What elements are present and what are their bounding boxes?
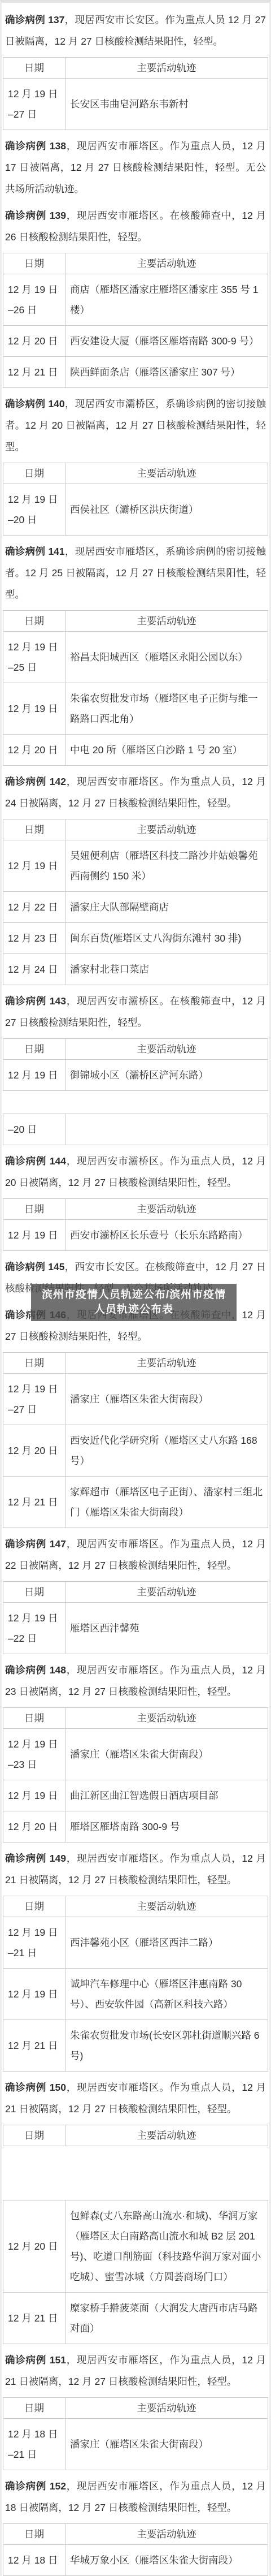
trajectory-table: –20 日 xyxy=(3,1114,268,1145)
column-header-date: 日期 xyxy=(3,611,65,632)
activity-cell: 西安近代化学研究所（雁塔区丈八东路 168 号） xyxy=(65,1425,268,1477)
column-header-activity: 主要活动轨迹 xyxy=(65,1708,268,1729)
activity-cell: 雁塔区雁塔南路 300-9 号 xyxy=(65,1811,268,1843)
date-cell: 12 月 20 日 xyxy=(3,326,65,357)
case-label: 确诊病例 151 xyxy=(5,2354,66,2366)
case-section: 确诊病例 141，现居西安市雁塔区，系确诊病例的密切接触者。12 月 25 日被… xyxy=(2,541,269,766)
trajectory-table: 日期主要活动轨迹12 月 18 日华城万象小区（雁塔区朱雀大街南段） xyxy=(3,2523,268,2576)
trajectory-row: 12 月 20 日中电 20 所（雁塔区白沙路 1 号 20 室） xyxy=(3,735,268,766)
case-label: 确诊病例 140 xyxy=(5,398,65,409)
table-slot: 日期主要活动轨迹12 月 18 日华城万象小区（雁塔区朱雀大街南段） xyxy=(2,2523,269,2576)
activity-cell: 糜家桥手擀菠菜面（大润发大唐西市店马路对面） xyxy=(65,2293,268,2344)
column-header-date: 日期 xyxy=(3,2524,65,2545)
date-cell: 12 月 19 日 xyxy=(3,683,65,735)
activity-cell: 家辉超市（雁塔区电子正街）、潘家村三组北门（雁塔区朱雀大街南段） xyxy=(65,1477,268,1528)
table-slot: 日期主要活动轨迹12 月 18 日 –21 日潘家庄（雁塔区朱雀大街南段） xyxy=(2,2397,269,2470)
column-header-activity: 主要活动轨迹 xyxy=(65,2398,268,2419)
case-description: 确诊病例 138，现居西安市雁塔区。作为重点人员，12 月 17 日被隔离，12… xyxy=(2,135,269,200)
column-header-activity: 主要活动轨迹 xyxy=(65,1582,268,1603)
column-header-activity: 主要活动轨迹 xyxy=(65,1039,268,1060)
column-header-date: 日期 xyxy=(3,819,65,840)
activity-cell: 陕西鲜面条店（雁塔区潘家庄 307 号） xyxy=(65,357,268,388)
trajectory-table: 日期主要活动轨迹 xyxy=(3,2125,268,2146)
activity-cell: 西安市灞桥区长乐壹号（长乐东路路南） xyxy=(65,1220,268,1251)
date-cell: 12 月 19 日 xyxy=(3,1060,65,1091)
activity-cell: 曲江新区曲江智选假日酒店项目部 xyxy=(65,1780,268,1811)
column-header-date: 日期 xyxy=(3,1039,65,1060)
column-header-activity: 主要活动轨迹 xyxy=(65,1199,268,1220)
column-header-activity: 主要活动轨迹 xyxy=(65,1896,268,1917)
trajectory-table: 日期主要活动轨迹12 月 19 日 –25 日裕昌太阳城西区（雁塔区永阳公园以东… xyxy=(3,610,268,766)
case-description: 确诊病例 152，现居西安市雁塔区，作为重点人员，12 月 18 日被隔离，12… xyxy=(2,2475,269,2518)
case-label: 确诊病例 143 xyxy=(5,995,66,1007)
trajectory-table: 日期主要活动轨迹12 月 19 日 –20 日西侯社区（灞桥区洪庆街道） xyxy=(3,463,268,536)
case-section: 确诊病例 139，现居西安市雁塔区。在核酸筛查中，12 月 26 日核酸检测结果… xyxy=(2,205,269,388)
trajectory-header-row: 日期主要活动轨迹 xyxy=(3,1582,268,1603)
case-label: 确诊病例 150 xyxy=(5,2082,66,2093)
date-cell: 12 月 19 日 –27 日 xyxy=(3,1374,65,1425)
trajectory-header-row: 日期主要活动轨迹 xyxy=(3,2398,268,2419)
case-description: 确诊病例 150，现居西安市雁塔区。作为重点人员，12 月 21 日被隔离，12… xyxy=(2,2077,269,2120)
activity-cell: 诚坤汽车修理中心（雁塔区沣惠南路 30 号）、西安软件园（高新区科技六路） xyxy=(65,1969,268,2020)
trajectory-header-row: 日期主要活动轨迹 xyxy=(3,819,268,840)
trajectory-table: 12 月 20 日包鲜森(丈八东路高山流水·和城)、华润万家（雁塔区太白南路高山… xyxy=(3,2200,268,2344)
table-slot: 日期主要活动轨迹12 月 19 日御锦城小区（灞桥区浐河东路）–20 日 xyxy=(2,1038,269,1145)
trajectory-row: 12 月 19 日 –25 日裕昌太阳城西区（雁塔区永阳公园以东） xyxy=(3,632,268,683)
case-label: 确诊病例 142 xyxy=(5,776,66,787)
date-cell: 12 月 18 日 –21 日 xyxy=(3,2419,65,2470)
trajectory-row: 12 月 21 日糜家桥手擀菠菜面（大润发大唐西市店马路对面） xyxy=(3,2293,268,2344)
trajectory-row: 12 月 22 日潘家庄大队部隔壁商店 xyxy=(3,892,268,923)
case-label: 确诊病例 138 xyxy=(5,140,66,152)
trajectory-row: 12 月 19 日 –22 日雁塔区西沣馨苑 xyxy=(3,1603,268,1654)
watermark-overlay: 滨州市疫情人员轨迹公布/滨州市疫情人员轨迹公布表 xyxy=(31,1284,237,1321)
case-description: 确诊病例 147，现居西安市雁塔区。作为重点人员，12 月 22 日被隔离，12… xyxy=(2,1533,269,1576)
trajectory-table: 日期主要活动轨迹12 月 19 日西安市灞桥区长乐壹号（长乐东路路南） xyxy=(3,1198,268,1251)
trajectory-row: 12 月 20 日包鲜森(丈八东路高山流水·和城)、华润万家（雁塔区太白南路高山… xyxy=(3,2200,268,2293)
activity-cell: 包鲜森(丈八东路高山流水·和城)、华润万家（雁塔区太白南路高山流水和城 B2 层… xyxy=(65,2200,268,2293)
case-description: 确诊病例 143，现居西安市灞桥区。在核酸筛查中，12 月 27 日核酸检测结果… xyxy=(2,990,269,1033)
date-cell: 12 月 19 日 xyxy=(3,1780,65,1811)
date-cell: 12 月 24 日 xyxy=(3,954,65,985)
date-cell: 12 月 19 日 xyxy=(3,840,65,892)
case-description: 确诊病例 142，现居西安市雁塔区。作为重点人员，12 月 24 日被隔离，12… xyxy=(2,771,269,814)
case-section: 确诊病例 152，现居西安市雁塔区，作为重点人员，12 月 18 日被隔离，12… xyxy=(2,2475,269,2576)
trajectory-table: 日期主要活动轨迹12 月 19 日 –22 日雁塔区西沣馨苑 xyxy=(3,1581,268,1654)
activity-cell: 潘家庄大队部隔壁商店 xyxy=(65,892,268,923)
date-cell: 12 月 18 日 xyxy=(3,2545,65,2576)
trajectory-row: 12 月 19 日诚坤汽车修理中心（雁塔区沣惠南路 30 号）、西安软件园（高新… xyxy=(3,1969,268,2020)
trajectory-table: 日期主要活动轨迹12 月 19 日 –23 日潘家庄（雁塔区朱雀大街南段）12 … xyxy=(3,1707,268,1843)
trajectory-row: 12 月 21 日朱雀农贸批发市场(长安区郭杜街道顺兴路 6 号) xyxy=(3,2020,268,2072)
activity-cell: 裕昌太阳城西区（雁塔区永阳公园以东） xyxy=(65,632,268,683)
activity-cell: 朱雀农贸批发市场（雁塔区电子正街与维一路路口西北角） xyxy=(65,683,268,735)
case-section: 确诊病例 148，现居西安市雁塔区。作为重点人员，12 月 23 日被隔离，12… xyxy=(2,1659,269,1843)
activity-cell: 西沣馨苑小区（雁塔区西沣二路） xyxy=(65,1917,268,1969)
case-section: 确诊病例 140，现居西安市灞桥区，系确诊病例的密切接触者。12 月 20 日被… xyxy=(2,393,269,536)
case-section: 确诊病例 150，现居西安市雁塔区。作为重点人员，12 月 21 日被隔离，12… xyxy=(2,2077,269,2344)
date-cell: 12 月 20 日 xyxy=(3,1425,65,1477)
date-cell: 12 月 20 日 xyxy=(3,735,65,766)
activity-cell xyxy=(65,1114,268,1145)
trajectory-header-row: 日期主要活动轨迹 xyxy=(3,1199,268,1220)
column-header-activity: 主要活动轨迹 xyxy=(65,2125,268,2146)
activity-cell: 长安区韦曲皂河路东韦新村 xyxy=(65,79,268,130)
date-cell: –20 日 xyxy=(3,1114,65,1145)
trajectory-row: 12 月 19 日 –27 日长安区韦曲皂河路东韦新村 xyxy=(3,79,268,130)
column-header-date: 日期 xyxy=(3,58,65,79)
trajectory-header-row: 日期主要活动轨迹 xyxy=(3,1896,268,1917)
column-header-date: 日期 xyxy=(3,1896,65,1917)
trajectory-row: 12 月 19 日 –23 日潘家庄（雁塔区朱雀大街南段） xyxy=(3,1729,268,1780)
activity-cell: 华城万象小区（雁塔区朱雀大街南段） xyxy=(65,2545,268,2576)
trajectory-table: 日期主要活动轨迹12 月 19 日 –26 日商店（雁塔区潘家庄雁塔区潘家庄 3… xyxy=(3,253,268,388)
activity-cell: 西安建设大厦（雁塔区雁塔南路 300-9 号） xyxy=(65,326,268,357)
trajectory-row: 12 月 19 日 –26 日商店（雁塔区潘家庄雁塔区潘家庄 355 号 1 楼… xyxy=(3,274,268,326)
activity-cell: 朱雀农贸批发市场(长安区郭杜街道顺兴路 6 号) xyxy=(65,2020,268,2072)
table-slot: 日期主要活动轨迹12 月 19 日西安市灞桥区长乐壹号（长乐东路路南） xyxy=(2,1198,269,1251)
activity-cell: 潘家庄（雁塔区朱雀大街南段） xyxy=(65,1374,268,1425)
trajectory-row: 12 月 19 日 –21 日西沣馨苑小区（雁塔区西沣二路） xyxy=(3,1917,268,1969)
case-section: 确诊病例 137，现居西安市长安区。作为重点人员 12 月 27 日被隔离，12… xyxy=(2,9,269,130)
column-header-date: 日期 xyxy=(3,1708,65,1729)
document-page: 确诊病例 137，现居西安市长安区。作为重点人员 12 月 27 日被隔离，12… xyxy=(0,0,271,2576)
trajectory-row: 12 月 21 日家辉超市（雁塔区电子正街）、潘家村三组北门（雁塔区朱雀大街南段… xyxy=(3,1477,268,1528)
column-header-date: 日期 xyxy=(3,463,65,484)
case-description: 确诊病例 148，现居西安市雁塔区。作为重点人员，12 月 23 日被隔离，12… xyxy=(2,1659,269,1702)
date-cell: 12 月 19 日 xyxy=(3,1220,65,1251)
case-description: 确诊病例 137，现居西安市长安区。作为重点人员 12 月 27 日被隔离，12… xyxy=(2,9,269,52)
column-header-date: 日期 xyxy=(3,1582,65,1603)
activity-cell: 潘家庄（雁塔区朱雀大街南段） xyxy=(65,2419,268,2470)
column-header-date: 日期 xyxy=(3,2125,65,2146)
date-cell: 12 月 19 日 –20 日 xyxy=(3,484,65,536)
trajectory-header-row: 日期主要活动轨迹 xyxy=(3,2125,268,2146)
trajectory-row: 12 月 20 日西安建设大厦（雁塔区雁塔南路 300-9 号） xyxy=(3,326,268,357)
table-slot: 日期主要活动轨迹12 月 19 日 –26 日商店（雁塔区潘家庄雁塔区潘家庄 3… xyxy=(2,253,269,388)
column-header-activity: 主要活动轨迹 xyxy=(65,611,268,632)
trajectory-row: 12 月 24 日潘家村北巷口菜店 xyxy=(3,954,268,985)
case-label: 确诊病例 149 xyxy=(5,1853,66,1864)
column-header-activity: 主要活动轨迹 xyxy=(65,819,268,840)
case-section: 确诊病例 146，现居西安市雁塔区。在核酸筛查中，12 月 27 日核酸检测结果… xyxy=(2,1304,269,1528)
case-section: 确诊病例 151，现居西安市雁塔区，作为重点人员，12 月 21 日被隔离，12… xyxy=(2,2349,269,2470)
case-section: 确诊病例 143，现居西安市灞桥区。在核酸筛查中，12 月 27 日核酸检测结果… xyxy=(2,990,269,1145)
activity-cell: 御锦城小区（灞桥区浐河东路） xyxy=(65,1060,268,1091)
column-header-activity: 主要活动轨迹 xyxy=(65,253,268,274)
case-label: 确诊病例 144 xyxy=(5,1155,66,1167)
date-cell: 12 月 19 日 –27 日 xyxy=(3,79,65,130)
trajectory-header-row: 日期主要活动轨迹 xyxy=(3,1708,268,1729)
date-cell: 12 月 19 日 xyxy=(3,1969,65,2020)
page-break-gap xyxy=(3,1091,268,1114)
column-header-activity: 主要活动轨迹 xyxy=(65,463,268,484)
trajectory-row: 12 月 21 日陕西鲜面条店（雁塔区潘家庄 307 号） xyxy=(3,357,268,388)
table-slot: 日期主要活动轨迹12 月 19 日 –25 日裕昌太阳城西区（雁塔区永阳公园以东… xyxy=(2,610,269,766)
column-header-date: 日期 xyxy=(3,253,65,274)
trajectory-table: 日期主要活动轨迹12 月 19 日 –27 日长安区韦曲皂河路东韦新村 xyxy=(3,57,268,130)
date-cell: 12 月 20 日 xyxy=(3,2200,65,2293)
trajectory-row: 12 月 19 日曲江新区曲江智选假日酒店项目部 xyxy=(3,1780,268,1811)
trajectory-header-row: 日期主要活动轨迹 xyxy=(3,58,268,79)
column-header-date: 日期 xyxy=(3,2398,65,2419)
case-description: 确诊病例 149，现居西安市雁塔区。作为重点人员，12 月 21 日被隔离，12… xyxy=(2,1848,269,1891)
trajectory-row: 12 月 18 日 –21 日潘家庄（雁塔区朱雀大街南段） xyxy=(3,2419,268,2470)
table-slot: 日期主要活动轨迹12 月 19 日吴妞便利店（雁塔区科技二路沙井姑娘馨苑西南侧约… xyxy=(2,819,269,985)
activity-cell: 吴妞便利店（雁塔区科技二路沙井姑娘馨苑西南侧约 150 米） xyxy=(65,840,268,892)
trajectory-row: 12 月 19 日吴妞便利店（雁塔区科技二路沙井姑娘馨苑西南侧约 150 米） xyxy=(3,840,268,892)
column-header-activity: 主要活动轨迹 xyxy=(65,2524,268,2545)
table-slot: 日期主要活动轨迹12 月 19 日 –21 日西沣馨苑小区（雁塔区西沣二路）12… xyxy=(2,1896,269,2072)
case-label: 确诊病例 152 xyxy=(5,2480,66,2492)
trajectory-table: 日期主要活动轨迹12 月 19 日御锦城小区（灞桥区浐河东路） xyxy=(3,1038,268,1091)
trajectory-row: 12 月 19 日 –20 日西侯社区（灞桥区洪庆街道） xyxy=(3,484,268,536)
trajectory-table: 日期主要活动轨迹12 月 19 日 –21 日西沣馨苑小区（雁塔区西沣二路）12… xyxy=(3,1896,268,2072)
case-label: 确诊病例 145 xyxy=(5,1261,64,1272)
case-label: 确诊病例 137 xyxy=(5,14,64,25)
column-header-activity: 主要活动轨迹 xyxy=(65,58,268,79)
table-slot: 日期主要活动轨迹12 月 19 日 –27 日潘家庄（雁塔区朱雀大街南段）12 … xyxy=(2,1352,269,1528)
trajectory-table: 日期主要活动轨迹12 月 18 日 –21 日潘家庄（雁塔区朱雀大街南段） xyxy=(3,2397,268,2470)
case-description: 确诊病例 139，现居西安市雁塔区。在核酸筛查中，12 月 26 日核酸检测结果… xyxy=(2,205,269,248)
date-cell: 12 月 20 日 xyxy=(3,1811,65,1843)
column-header-date: 日期 xyxy=(3,1353,65,1374)
table-slot: 日期主要活动轨迹12 月 20 日包鲜森(丈八东路高山流水·和城)、华润万家（雁… xyxy=(2,2125,269,2344)
trajectory-header-row: 日期主要活动轨迹 xyxy=(3,463,268,484)
column-header-activity: 主要活动轨迹 xyxy=(65,1353,268,1374)
date-cell: 12 月 21 日 xyxy=(3,357,65,388)
trajectory-header-row: 日期主要活动轨迹 xyxy=(3,1039,268,1060)
table-slot: 日期主要活动轨迹12 月 19 日 –22 日雁塔区西沣馨苑 xyxy=(2,1581,269,1654)
trajectory-header-row: 日期主要活动轨迹 xyxy=(3,2524,268,2545)
date-cell: 12 月 21 日 xyxy=(3,2293,65,2344)
date-cell: 12 月 19 日 –25 日 xyxy=(3,632,65,683)
date-cell: 12 月 19 日 –26 日 xyxy=(3,274,65,326)
case-label: 确诊病例 147 xyxy=(5,1538,66,1550)
date-cell: 12 月 21 日 xyxy=(3,1477,65,1528)
case-section: 确诊病例 138，现居西安市雁塔区。作为重点人员，12 月 17 日被隔离，12… xyxy=(2,135,269,200)
case-description: 确诊病例 151，现居西安市雁塔区，作为重点人员，12 月 21 日被隔离，12… xyxy=(2,2349,269,2392)
table-slot: 日期主要活动轨迹12 月 19 日 –23 日潘家庄（雁塔区朱雀大街南段）12 … xyxy=(2,1707,269,1843)
case-description: 确诊病例 141，现居西安市雁塔区，系确诊病例的密切接触者。12 月 25 日被… xyxy=(2,541,269,605)
date-cell: 12 月 19 日 –21 日 xyxy=(3,1917,65,1969)
trajectory-row: 12 月 20 日西安近代化学研究所（雁塔区丈八东路 168 号） xyxy=(3,1425,268,1477)
case-section: 确诊病例 142，现居西安市雁塔区。作为重点人员，12 月 24 日被隔离，12… xyxy=(2,771,269,985)
activity-cell: 闽东百货(雁塔区丈八沟街东滩村 30 排) xyxy=(65,923,268,954)
date-cell: 12 月 23 日 xyxy=(3,923,65,954)
trajectory-table: 日期主要活动轨迹12 月 19 日吴妞便利店（雁塔区科技二路沙井姑娘馨苑西南侧约… xyxy=(3,819,268,985)
trajectory-header-row: 日期主要活动轨迹 xyxy=(3,611,268,632)
trajectory-row: 12 月 19 日朱雀农贸批发市场（雁塔区电子正街与维一路路口西北角） xyxy=(3,683,268,735)
table-slot: 日期主要活动轨迹12 月 19 日 –27 日长安区韦曲皂河路东韦新村 xyxy=(2,57,269,130)
case-list: 确诊病例 137，现居西安市长安区。作为重点人员 12 月 27 日被隔离，12… xyxy=(2,9,269,2576)
activity-cell: 中电 20 所（雁塔区白沙路 1 号 20 室） xyxy=(65,735,268,766)
date-cell: 12 月 19 日 –23 日 xyxy=(3,1729,65,1780)
case-section: 确诊病例 144，现居西安市灞桥区。作为重点人员，12 月 20 日被隔离，12… xyxy=(2,1150,269,1251)
trajectory-row: 12 月 19 日 –27 日潘家庄（雁塔区朱雀大街南段） xyxy=(3,1374,268,1425)
case-section: 确诊病例 149，现居西安市雁塔区。作为重点人员，12 月 21 日被隔离，12… xyxy=(2,1848,269,2072)
case-label: 确诊病例 148 xyxy=(5,1664,66,1676)
trajectory-row: 12 月 18 日华城万象小区（雁塔区朱雀大街南段） xyxy=(3,2545,268,2576)
case-description: 确诊病例 140，现居西安市灞桥区，系确诊病例的密切接触者。12 月 20 日被… xyxy=(2,393,269,458)
trajectory-table: 日期主要活动轨迹12 月 19 日 –27 日潘家庄（雁塔区朱雀大街南段）12 … xyxy=(3,1352,268,1528)
trajectory-header-row: 日期主要活动轨迹 xyxy=(3,1353,268,1374)
case-label: 确诊病例 139 xyxy=(5,210,66,221)
trajectory-row: 12 月 23 日闽东百货(雁塔区丈八沟街东滩村 30 排) xyxy=(3,923,268,954)
trajectory-row: 12 月 19 日西安市灞桥区长乐壹号（长乐东路路南） xyxy=(3,1220,268,1251)
column-header-date: 日期 xyxy=(3,1199,65,1220)
date-cell: 12 月 22 日 xyxy=(3,892,65,923)
activity-cell: 西侯社区（灞桥区洪庆街道） xyxy=(65,484,268,536)
trajectory-row: –20 日 xyxy=(3,1114,268,1145)
trajectory-row: 12 月 20 日雁塔区雁塔南路 300-9 号 xyxy=(3,1811,268,1843)
page-break-gap xyxy=(3,2146,268,2200)
activity-cell: 雁塔区西沣馨苑 xyxy=(65,1603,268,1654)
activity-cell: 潘家村北巷口菜店 xyxy=(65,954,268,985)
activity-cell: 商店（雁塔区潘家庄雁塔区潘家庄 355 号 1 楼） xyxy=(65,274,268,326)
trajectory-row: 12 月 19 日御锦城小区（灞桥区浐河东路） xyxy=(3,1060,268,1091)
case-section: 确诊病例 147，现居西安市雁塔区。作为重点人员，12 月 22 日被隔离，12… xyxy=(2,1533,269,1654)
date-cell: 12 月 19 日 –22 日 xyxy=(3,1603,65,1654)
case-description: 确诊病例 144，现居西安市灞桥区。作为重点人员，12 月 20 日被隔离，12… xyxy=(2,1150,269,1193)
date-cell: 12 月 21 日 xyxy=(3,2020,65,2072)
table-slot: 日期主要活动轨迹12 月 19 日 –20 日西侯社区（灞桥区洪庆街道） xyxy=(2,463,269,536)
activity-cell: 潘家庄（雁塔区朱雀大街南段） xyxy=(65,1729,268,1780)
trajectory-header-row: 日期主要活动轨迹 xyxy=(3,253,268,274)
case-label: 确诊病例 141 xyxy=(5,546,65,557)
